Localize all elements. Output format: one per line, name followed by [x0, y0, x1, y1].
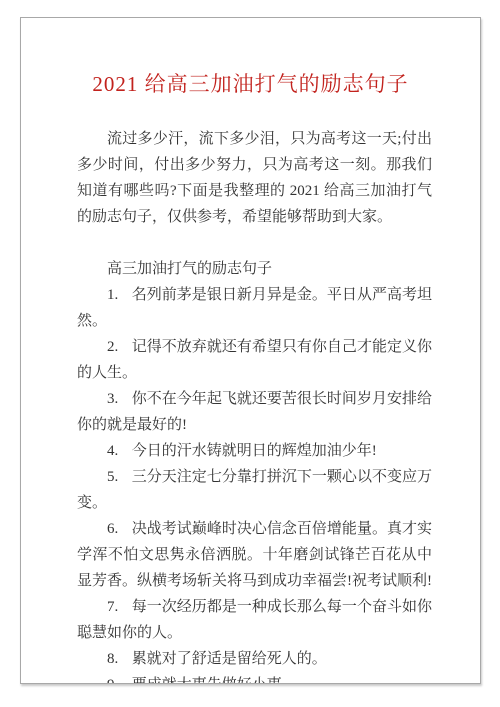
list-item: 8.累就对了舒适是留给死人的。: [77, 646, 432, 672]
list-item-number: 8.: [107, 651, 118, 667]
list-item-number: 4.: [107, 443, 118, 459]
list-item-text: 要成就大事先做好小事。: [132, 677, 297, 684]
list-item: 2.记得不放弃就还有希望只有你自己才能定义你的人生。: [77, 334, 432, 386]
list-item: 7.每一次经历都是一种成长那么每一个奋斗如你聪慧如你的人。: [77, 594, 432, 646]
list-item: 3.你不在今年起飞就还要苦很长时间岁月安排给你的就是最好的!: [77, 386, 432, 438]
document-page: 2021 给高三加油打气的励志句子 流过多少汗，流下多少泪，只为高考这一天;付出…: [20, 17, 481, 684]
list-item-number: 9.: [107, 677, 118, 684]
list-item-text: 你不在今年起飞就还要苦很长时间岁月安排给你的就是最好的!: [77, 391, 432, 433]
list-item-text: 累就对了舒适是留给死人的。: [132, 651, 327, 667]
list-item: 9.要成就大事先做好小事。: [77, 672, 432, 684]
list-item-number: 3.: [107, 391, 118, 407]
quote-list: 1.名列前茅是银日新月异是金。平日从严高考坦然。 2.记得不放弃就还有希望只有你…: [77, 282, 432, 684]
list-item: 1.名列前茅是银日新月异是金。平日从严高考坦然。: [77, 282, 432, 334]
list-item: 6.决战考试巅峰时决心信念百倍增能量。真才实学浑不怕文思隽永倍洒脱。十年磨剑试锋…: [77, 516, 432, 594]
list-item: 4.今日的汗水铸就明日的辉煌加油少年!: [77, 438, 432, 464]
list-item-text: 今日的汗水铸就明日的辉煌加油少年!: [132, 443, 377, 459]
list-item-text: 名列前茅是银日新月异是金。平日从严高考坦然。: [77, 287, 432, 329]
list-item-text: 三分天注定七分靠打拼沉下一颗心以不变应万变。: [77, 469, 432, 511]
list-item-number: 2.: [107, 339, 118, 355]
intro-paragraph: 流过多少汗，流下多少泪，只为高考这一天;付出多少时间，付出多少努力，只为高考这一…: [77, 126, 432, 230]
list-item-text: 每一次经历都是一种成长那么每一个奋斗如你聪慧如你的人。: [77, 599, 432, 641]
document-title: 2021 给高三加油打气的励志句子: [69, 70, 432, 98]
list-item-number: 7.: [107, 599, 118, 615]
list-item-number: 5.: [107, 469, 118, 485]
list-item-number: 6.: [107, 521, 118, 537]
list-item: 5.三分天注定七分靠打拼沉下一颗心以不变应万变。: [77, 464, 432, 516]
list-item-text: 记得不放弃就还有希望只有你自己才能定义你的人生。: [77, 339, 432, 381]
list-item-text: 决战考试巅峰时决心信念百倍增能量。真才实学浑不怕文思隽永倍洒脱。十年磨剑试锋芒百…: [77, 521, 432, 589]
section-heading: 高三加油打气的励志句子: [77, 256, 432, 282]
list-item-number: 1.: [107, 287, 118, 303]
